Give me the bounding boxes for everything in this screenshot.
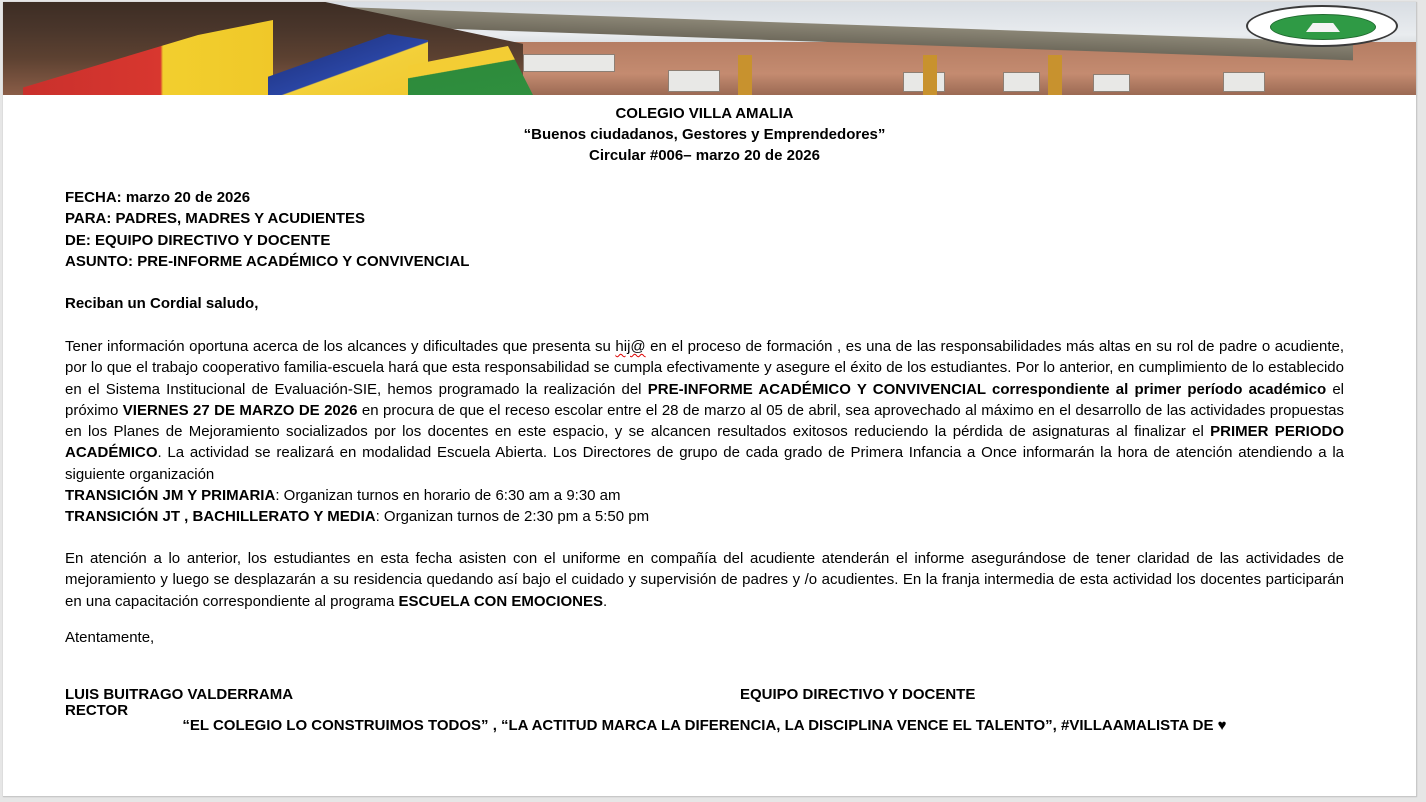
header-banner-photo bbox=[3, 2, 1416, 95]
pillar bbox=[923, 55, 937, 95]
memo-sender: DE: EQUIPO DIRECTIVO Y DOCENTE bbox=[65, 230, 469, 251]
bold-text: PRE-INFORME ACADÉMICO Y CONVIVENCIAL cor… bbox=[648, 381, 1326, 398]
circular-number: Circular #006– marzo 20 de 2026 bbox=[3, 145, 1406, 166]
text: Tener información oportuna acerca de los… bbox=[65, 338, 615, 355]
logo-emblem bbox=[1270, 14, 1376, 40]
paragraph-main: Tener información oportuna acerca de los… bbox=[65, 336, 1344, 528]
book-icon bbox=[1306, 23, 1340, 32]
window bbox=[1003, 72, 1040, 92]
document-heading: COLEGIO VILLA AMALIA “Buenos ciudadanos,… bbox=[3, 103, 1406, 166]
greeting: Reciban un Cordial saludo, bbox=[65, 293, 258, 314]
schedule-group: TRANSICIÓN JM Y PRIMARIA bbox=[65, 487, 275, 504]
memo-subject: ASUNTO: PRE-INFORME ACADÉMICO Y CONVIVEN… bbox=[65, 251, 469, 272]
school-motto: “Buenos ciudadanos, Gestores y Emprended… bbox=[3, 124, 1406, 145]
window bbox=[1223, 72, 1265, 92]
window bbox=[523, 54, 615, 72]
paragraph-second: En atención a lo anterior, los estudiant… bbox=[65, 548, 1344, 612]
text: . bbox=[603, 593, 607, 610]
window bbox=[1093, 74, 1130, 92]
footer-motto: “EL COLEGIO LO CONSTRUIMOS TODOS” , “LA … bbox=[3, 715, 1406, 736]
spellcheck-flagged-word[interactable]: hij@ bbox=[615, 338, 645, 355]
text: En atención a lo anterior, los estudiant… bbox=[65, 550, 1344, 610]
school-logo-icon bbox=[1246, 5, 1398, 47]
schedule-detail: : Organizan turnos de 2:30 pm a 5:50 pm bbox=[376, 508, 650, 525]
bold-date: VIERNES 27 DE MARZO DE 2026 bbox=[123, 402, 358, 419]
pillar bbox=[1048, 55, 1062, 95]
bold-text: ESCUELA CON EMOCIONES bbox=[399, 593, 603, 610]
pillar bbox=[738, 55, 752, 95]
window bbox=[668, 70, 720, 92]
memo-header: FECHA: marzo 20 de 2026 PARA: PADRES, MA… bbox=[65, 187, 469, 272]
schedule-line: TRANSICIÓN JT , BACHILLERATO Y MEDIA: Or… bbox=[65, 506, 1344, 527]
memo-recipients: PARA: PADRES, MADRES Y ACUDIENTES bbox=[65, 208, 469, 229]
closing: Atentamente, bbox=[65, 627, 154, 648]
schedule-detail: : Organizan turnos en horario de 6:30 am… bbox=[275, 487, 620, 504]
document-page: COLEGIO VILLA AMALIA “Buenos ciudadanos,… bbox=[3, 2, 1417, 797]
school-name: COLEGIO VILLA AMALIA bbox=[3, 103, 1406, 124]
memo-date: FECHA: marzo 20 de 2026 bbox=[65, 187, 469, 208]
signature-team: EQUIPO DIRECTIVO Y DOCENTE bbox=[740, 687, 975, 703]
text: . La actividad se realizará en modalidad… bbox=[65, 444, 1344, 482]
schedule-group: TRANSICIÓN JT , BACHILLERATO Y MEDIA bbox=[65, 508, 376, 525]
schedule-line: TRANSICIÓN JM Y PRIMARIA: Organizan turn… bbox=[65, 485, 1344, 506]
signer-name: LUIS BUITRAGO VALDERRAMA bbox=[65, 687, 293, 703]
